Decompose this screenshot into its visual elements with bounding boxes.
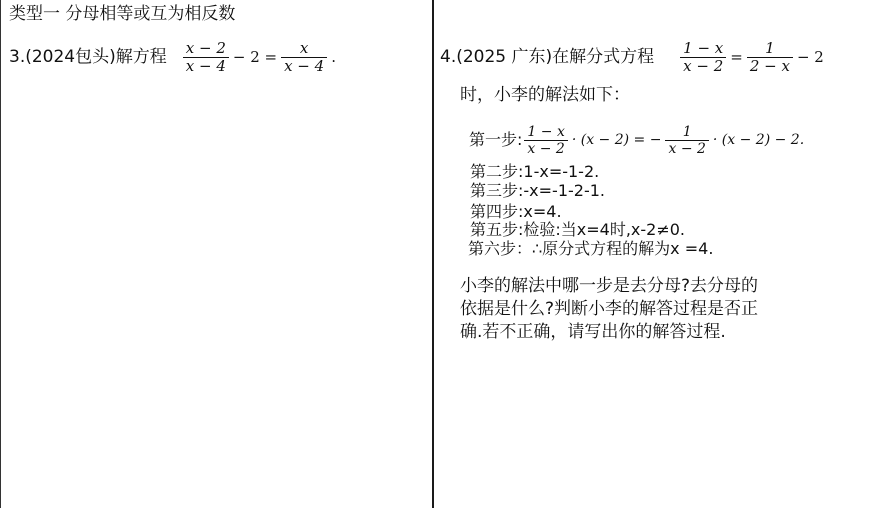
question-line-2: 依据是什么?判断小李的解答过程是否正: [460, 299, 758, 320]
step-6: 第六步：∴原分式方程的解为x =4.: [468, 240, 713, 257]
problem-3-middle: − 2 =: [231, 48, 279, 66]
problem-4: 4.(2025 广东)在解分式方程 1 − x x − 2 = 1 2 − x …: [440, 37, 826, 77]
step-4: 第四步:x=4.: [470, 203, 562, 220]
question-line-1: 小李的解法中哪一步是去分母?去分母的: [460, 276, 758, 297]
question-line-3: 确.若不正确，请写出你的解答过程.: [460, 322, 726, 343]
left-border: [0, 0, 1, 508]
section-title: 类型一 分母相等或互为相反数: [9, 4, 235, 24]
column-divider: [432, 0, 434, 508]
step-1: 第一步: 1 − x x − 2 · (x − 2) = − 1 x − 2 ·…: [469, 120, 806, 160]
problem-3-fraction-2: x x − 4: [281, 40, 327, 75]
worksheet-page: 类型一 分母相等或互为相反数 3.(2024包头)解方程 x − 2 x − 4…: [0, 0, 884, 508]
problem-4-intro: 时，小李的解法如下：: [460, 85, 630, 105]
problem-3-label: 3.(2024包头)解方程: [9, 47, 167, 67]
problem-4-fraction-2: 1 2 − x: [747, 40, 793, 75]
problem-3: 3.(2024包头)解方程 x − 2 x − 4 − 2 = x x − 4 …: [9, 37, 338, 77]
step-5: 第五步:检验:当x=4时,x-2≠0.: [470, 221, 685, 238]
problem-4-fraction-1: 1 − x x − 2: [680, 40, 726, 75]
problem-4-label: 4.(2025 广东)在解分式方程: [440, 47, 654, 67]
step-3: 第三步:-x=-1-2-1.: [470, 182, 605, 199]
problem-3-fraction-1: x − 2 x − 4: [183, 40, 229, 75]
step-2: 第二步:1-x=-1-2.: [470, 163, 599, 180]
